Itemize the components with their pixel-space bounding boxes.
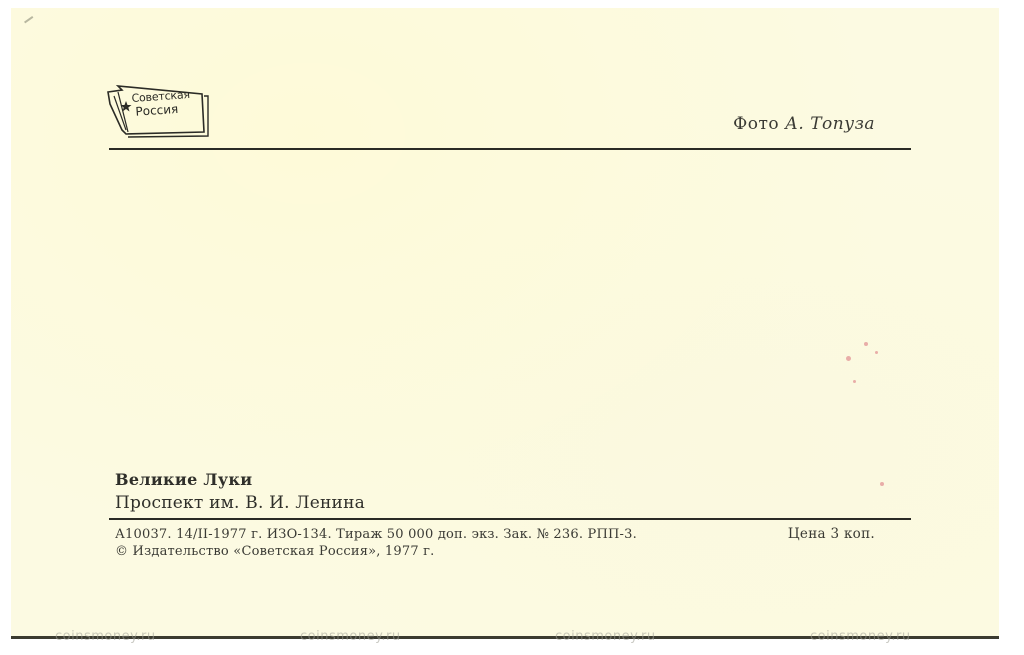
watermark: coinsmoney.ru	[555, 629, 656, 644]
watermark: coinsmoney.ru	[55, 629, 156, 644]
photo-credit-label: Фото	[733, 114, 779, 134]
imprint-line-1: А10037. 14/II-1977 г. ИЗО-134. Тираж 50 …	[115, 526, 637, 543]
ink-stain	[853, 380, 856, 383]
corner-pencil-mark	[24, 16, 38, 30]
photo-caption: Великие Луки Проспект им. В. И. Ленина	[115, 470, 365, 513]
publisher-logo: Советская Россия	[104, 82, 212, 138]
ink-stain	[880, 482, 884, 486]
watermark: coinsmoney.ru	[300, 629, 401, 644]
photo-credit: Фото А. Топуза	[733, 114, 875, 134]
bottom-divider	[109, 518, 911, 520]
caption-street: Проспект им. В. И. Ленина	[115, 493, 365, 513]
logo-text: Советская Россия	[131, 89, 191, 118]
imprint-line-2: © Издательство «Советская Россия», 1977 …	[115, 543, 637, 560]
ink-stain	[875, 351, 878, 354]
ink-stain	[846, 356, 851, 361]
price: Цена 3 коп.	[788, 526, 875, 542]
imprint: А10037. 14/II-1977 г. ИЗО-134. Тираж 50 …	[115, 526, 637, 560]
caption-city: Великие Луки	[115, 470, 365, 489]
postcard-scan: Советская Россия Фото А. Топуза Великие …	[0, 0, 1024, 655]
top-divider	[109, 148, 911, 150]
ink-stain	[864, 342, 868, 346]
photo-credit-author: А. Топуза	[785, 114, 875, 134]
watermark: coinsmoney.ru	[810, 629, 911, 644]
postcard-back: Советская Россия Фото А. Топуза Великие …	[11, 8, 999, 636]
